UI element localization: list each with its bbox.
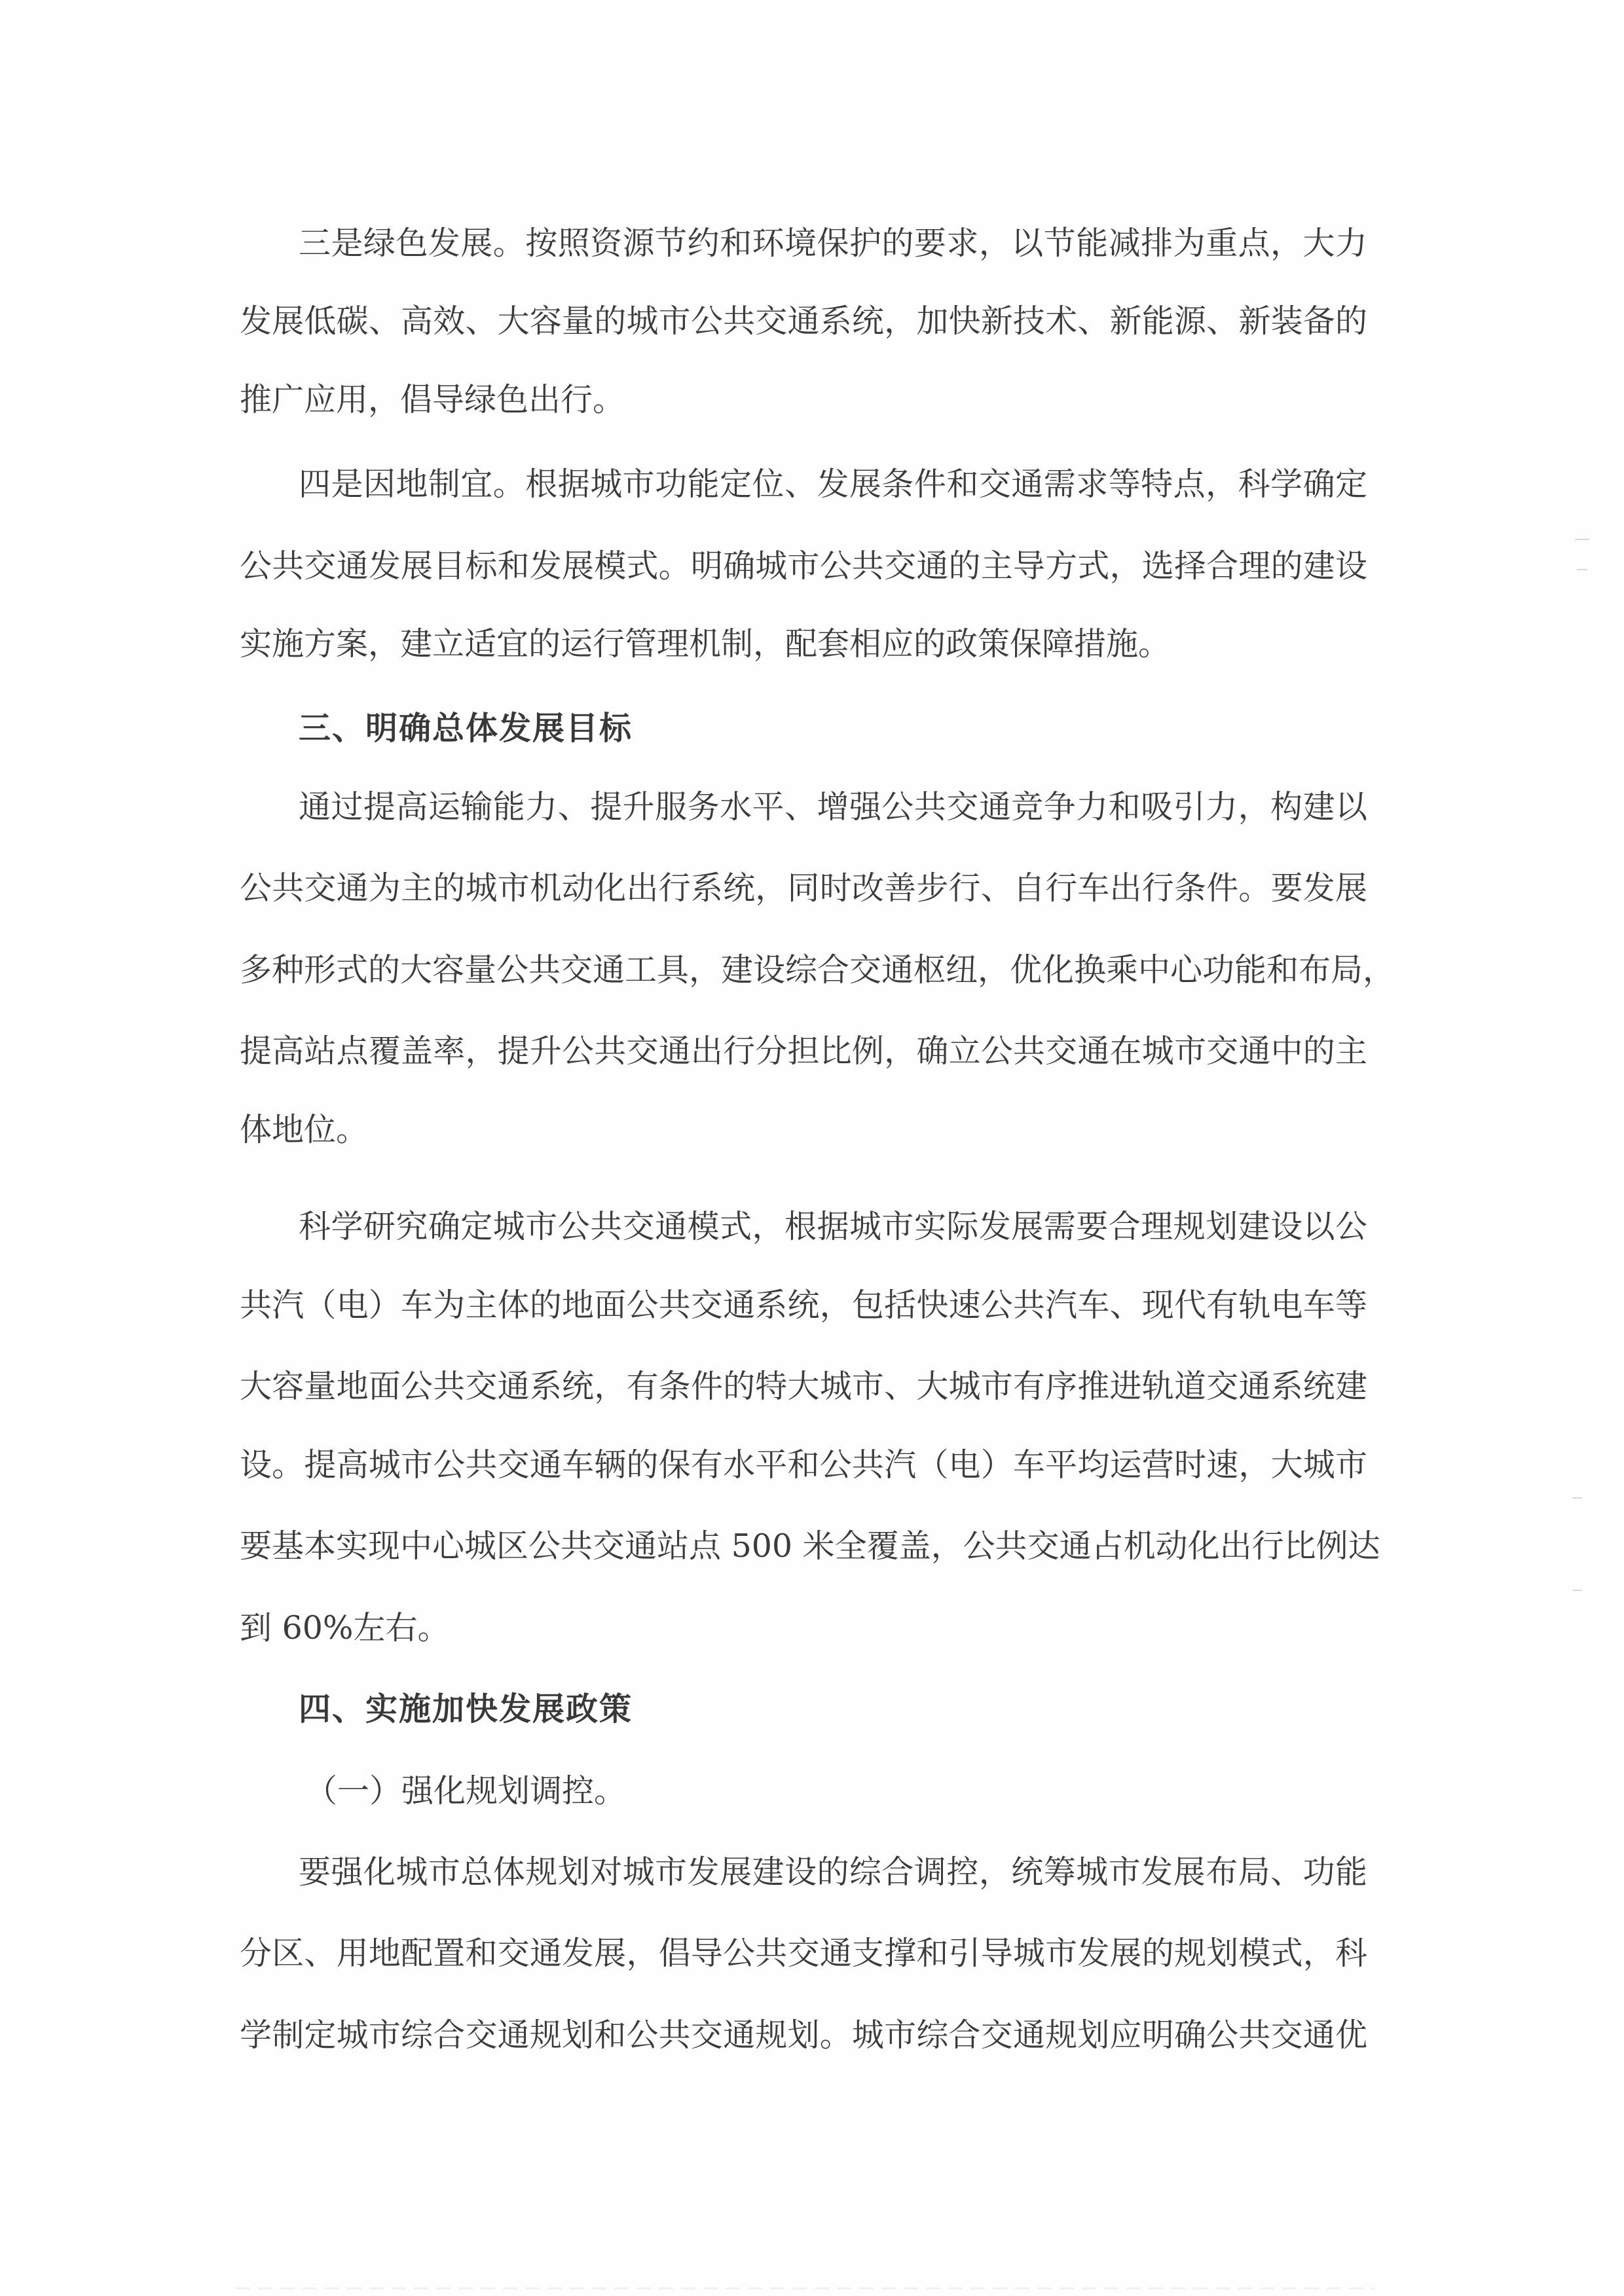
scan-speck (1577, 569, 1587, 570)
paragraph-transit-mode-line-3: 大容量地面公共交通系统，有条件的特大城市、大城市有序推进轨道交通系统建 (240, 1364, 1367, 1410)
document-page: 三是绿色发展。按照资源节约和环境保护的要求，以节能减排为重点，大力 发展低碳、高… (0, 0, 1624, 2296)
paragraph-overall-goal-line-2: 公共交通为主的城市机动化出行系统，同时改善步行、自行车出行条件。要发展 (240, 866, 1367, 911)
paragraph-local-conditions-line-1: 四是因地制宜。根据城市功能定位、发展条件和交通需求等特点，科学确定 (299, 462, 1367, 507)
paragraph-planning-control-line-1: 要强化城市总体规划对城市发展建设的综合调控，统筹城市发展布局、功能 (299, 1850, 1367, 1895)
paragraph-planning-control-line-2: 分区、用地配置和交通发展，倡导公共交通支撑和引导城市发展的规划模式，科 (240, 1931, 1367, 1977)
bleed-through-text (236, 2287, 1375, 2289)
paragraph-transit-mode-line-5: 要基本实现中心城区公共交通站点 500 米全覆盖，公共交通占机动化出行比例达 (240, 1523, 1367, 1569)
paragraph-transit-mode-line-4: 设。提高城市公共交通车辆的保有水平和公共汽（电）车平均运营时速，大城市 (240, 1442, 1367, 1488)
paragraph-green-development-line-3: 推广应用，倡导绿色出行。 (240, 377, 1367, 423)
scan-speck (1575, 539, 1589, 540)
paragraph-transit-mode-line-1: 科学研究确定城市公共交通模式，根据城市实际发展需要合理规划建设以公 (299, 1204, 1367, 1250)
paragraph-transit-mode-line-2: 共汽（电）车为主体的地面公共交通系统，包括快速公共汽车、现代有轨电车等 (240, 1283, 1367, 1328)
paragraph-overall-goal-line-1: 通过提高运输能力、提升服务水平、增强公共交通竞争力和吸引力，构建以 (299, 784, 1367, 830)
paragraph-overall-goal-line-5: 体地位。 (240, 1107, 1367, 1153)
scan-speck (1573, 1497, 1582, 1499)
section-heading-3: 三、明确总体发展目标 (299, 706, 1367, 752)
paragraph-local-conditions-line-2: 公共交通发展目标和发展模式。明确城市公共交通的主导方式，选择合理的建设 (240, 543, 1367, 589)
scan-speck (1573, 1590, 1582, 1591)
paragraph-overall-goal-line-4: 提高站点覆盖率，提升公共交通出行分担比例，确立公共交通在城市交通中的主 (240, 1029, 1367, 1074)
paragraph-green-development-line-1: 三是绿色发展。按照资源节约和环境保护的要求，以节能减排为重点，大力 (299, 221, 1367, 266)
paragraph-green-development-line-2: 发展低碳、高效、大容量的城市公共交通系统，加快新技术、新能源、新装备的 (240, 299, 1367, 344)
subsection-heading-1: （一）强化规划调控。 (305, 1768, 1367, 1814)
paragraph-transit-mode-line-6: 到 60%左右。 (240, 1605, 1367, 1651)
paragraph-planning-control-line-3: 学制定城市综合交通规划和公共交通规划。城市综合交通规划应明确公共交通优 (240, 2013, 1367, 2058)
paragraph-overall-goal-line-3: 多种形式的大容量公共交通工具，建设综合交通枢纽，优化换乘中心功能和布局， (240, 947, 1367, 993)
section-heading-4: 四、实施加快发展政策 (299, 1686, 1367, 1732)
paragraph-local-conditions-line-3: 实施方案，建立适宜的运行管理机制，配套相应的政策保障措施。 (240, 621, 1367, 667)
